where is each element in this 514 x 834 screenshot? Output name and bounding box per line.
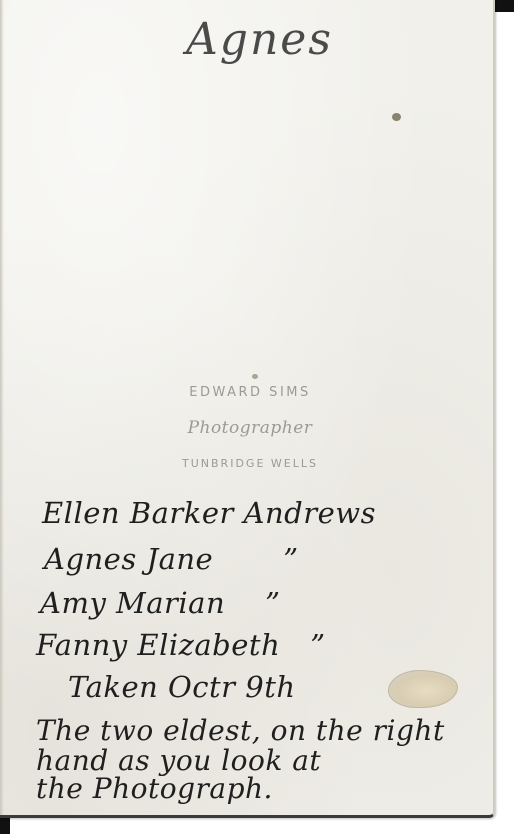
ditto-mark: ” xyxy=(283,542,298,576)
sitter-name: Agnes Jane xyxy=(44,542,213,576)
sitter-name: Ellen Barker Andrews xyxy=(42,496,376,530)
handwritten-note-line-1: The two eldest, on the right xyxy=(36,714,445,747)
scan-background-corner xyxy=(492,0,514,12)
handwritten-note-line-3: the Photograph. xyxy=(36,772,273,805)
handwritten-date-line: Taken Octr 9th xyxy=(68,670,296,704)
note-text: the Photograph. xyxy=(36,772,273,805)
photo-card-back: Agnes EDWARD SIMS Photographer TUNBRIDGE… xyxy=(0,0,495,818)
ditto-mark: ” xyxy=(265,586,280,620)
photographer-title: Photographer xyxy=(150,418,350,438)
handwritten-line-3: Amy Marian” xyxy=(40,586,280,620)
pencil-annotation-name: Agnes xyxy=(186,14,333,65)
photographer-location: TUNBRIDGE WELLS xyxy=(150,457,350,470)
sitter-name: Amy Marian xyxy=(40,586,225,620)
ditto-mark: ” xyxy=(310,628,325,662)
foxing-spot xyxy=(392,113,401,121)
photographer-name: EDWARD SIMS xyxy=(150,385,350,400)
foxing-spot xyxy=(252,374,258,379)
water-stain xyxy=(388,670,458,708)
handwritten-line-1: Ellen Barker Andrews xyxy=(42,496,376,530)
date-taken: Taken Octr 9th xyxy=(68,670,296,704)
note-text: The two eldest, on the right xyxy=(36,714,445,747)
card-edge-shading xyxy=(0,0,4,815)
handwritten-line-2: Agnes Jane” xyxy=(44,542,299,576)
sitter-name: Fanny Elizabeth xyxy=(36,628,280,662)
handwritten-line-4: Fanny Elizabeth” xyxy=(36,628,326,662)
